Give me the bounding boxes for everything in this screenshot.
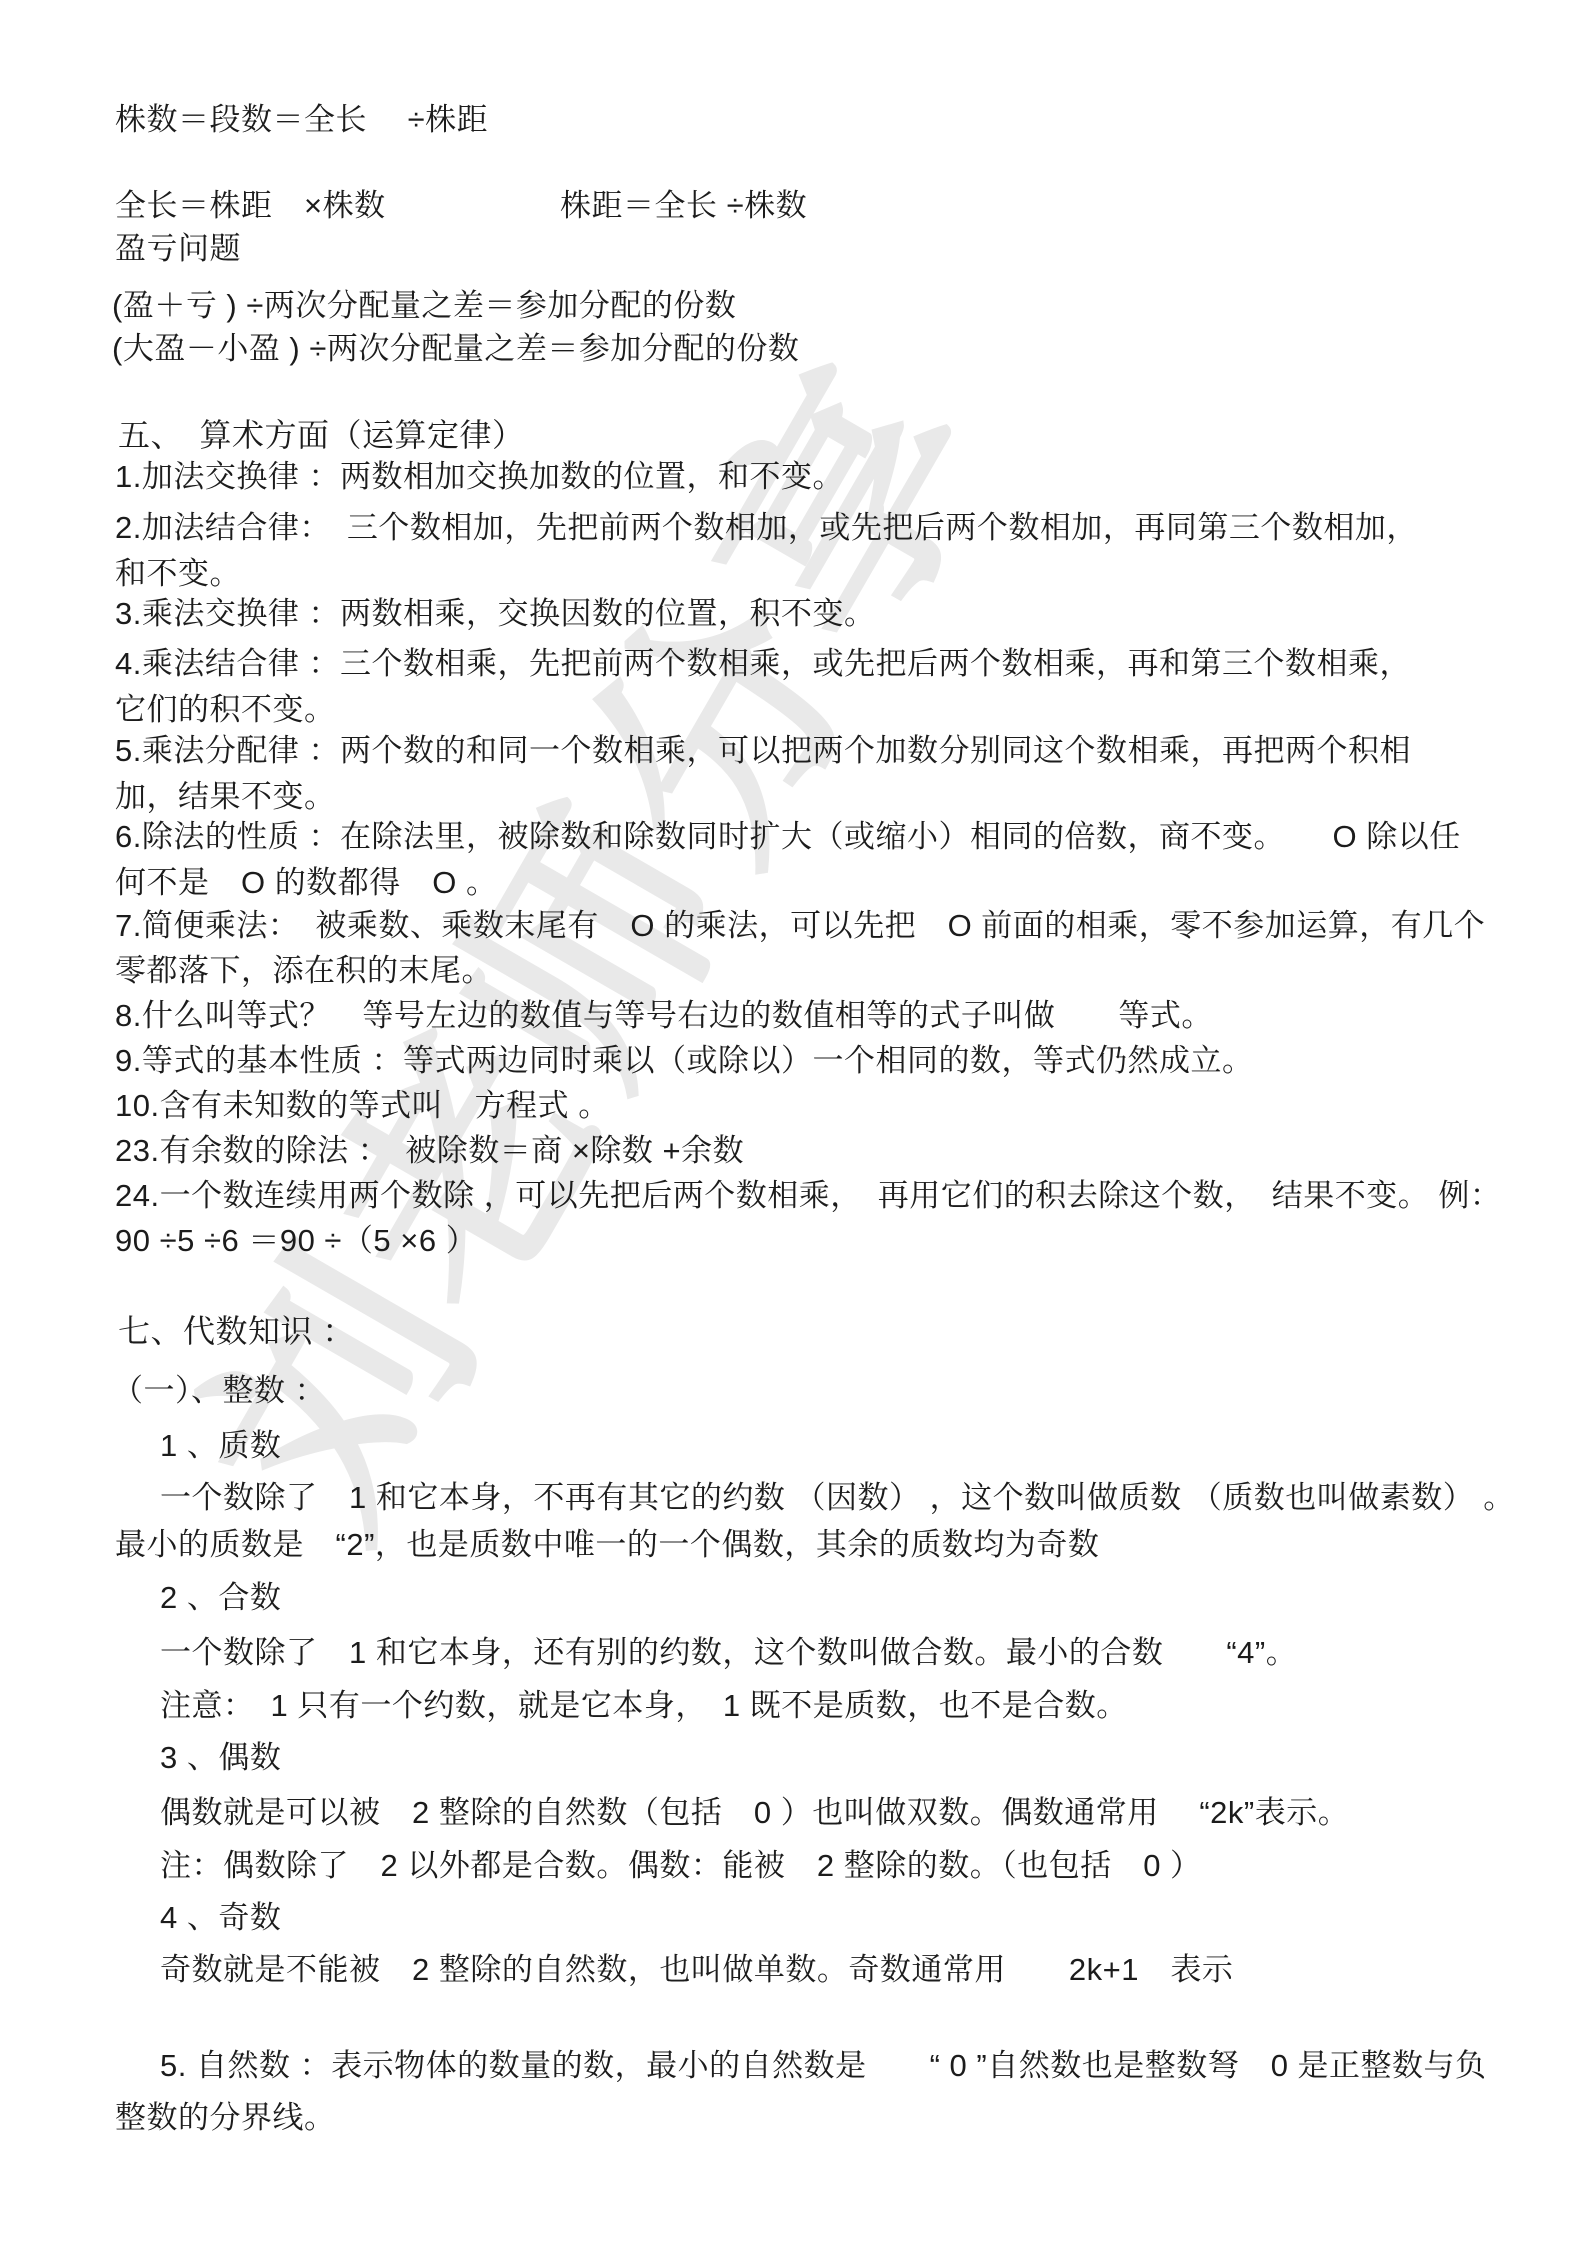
algebra-line: 一个数除了 1 和它本身，还有别的约数，这个数叫做合数。最小的合数 “4”。 xyxy=(160,1633,1297,1673)
algebra-line: 一个数除了 1 和它本身，不再有其它的约数 （因数） ，这个数叫做质数 （质数也… xyxy=(160,1478,1515,1518)
algebra-line: 偶数就是可以被 2 整除的自然数（包括 0 ）也叫做双数。偶数通常用 “2k”表… xyxy=(160,1793,1349,1833)
rule-line: 9.等式的基本性质 ：等式两边同时乘以（或除以）一个相同的数，等式仍然成立。 xyxy=(115,1041,1253,1081)
formula-line: 株距＝全长 ÷株数 xyxy=(560,186,807,226)
section-heading-algebra: 七、代数知识 ： xyxy=(118,1311,355,1351)
algebra-line: 3 、偶数 xyxy=(160,1738,281,1778)
algebra-line: 注意： 1 只有一个约数，就是它本身， 1 既不是质数，也不是合数。 xyxy=(160,1686,1128,1726)
algebra-line: 最小的质数是 “2”，也是质数中唯一的一个偶数，其余的质数均为奇数 xyxy=(115,1525,1099,1565)
formula-line: 盈亏问题 xyxy=(115,229,241,269)
rule-line: 90 ÷5 ÷6 ＝90 ÷（5 ×6 ） xyxy=(115,1221,477,1261)
formula-line: (盈＋亏 ) ÷两次分配量之差＝参加分配的份数 xyxy=(112,286,736,326)
rule-line: 4.乘法结合律 ：三个数相乘，先把前两个数相乘，或先把后两个数相乘，再和第三个数… xyxy=(115,644,1411,684)
rule-line: 1.加法交换律 ：两数相加交换加数的位置，和不变。 xyxy=(115,457,844,497)
rule-line: 3.乘法交换律 ：两数相乘，交换因数的位置，积不变。 xyxy=(115,594,875,634)
document-page: 刘老师分享 株数＝段数＝全长 ÷株距 全长＝株距 ×株数 株距＝全长 ÷株数 盈… xyxy=(0,0,1593,2255)
rule-line: 23.有余数的除法 ： 被除数＝商 ×除数 +余数 xyxy=(115,1131,744,1171)
algebra-line: 2 、合数 xyxy=(160,1578,281,1618)
rule-line: 它们的积不变。 xyxy=(115,690,336,730)
algebra-line: 注：偶数除了 2 以外都是合数。偶数：能被 2 整除的数。（也包括 0 ） xyxy=(160,1846,1202,1886)
rule-line: 2.加法结合律： 三个数相加，先把前两个数相加，或先把后两个数相加，再同第三个数… xyxy=(115,508,1418,548)
rule-line: 和不变。 xyxy=(115,554,241,594)
algebra-line: （一）、整数 ： xyxy=(112,1371,326,1411)
formula-line: (大盈－小盈 ) ÷两次分配量之差＝参加分配的份数 xyxy=(112,329,799,369)
formula-line: 株数＝段数＝全长 ÷株距 xyxy=(115,100,488,140)
rule-line: 7.简便乘法： 被乘数、乘数末尾有 O 的乘法，可以先把 O 前面的相乘，零不参… xyxy=(115,906,1485,946)
rule-line: 何不是 O 的数都得 O 。 xyxy=(115,863,497,903)
rule-line: 6.除法的性质 ：在除法里，被除数和除数同时扩大（或缩小）相同的倍数，商不变。 … xyxy=(115,817,1461,857)
rule-line: 8.什么叫等式？ 等号左边的数值与等号右边的数值相等的式子叫做 等式。 xyxy=(115,996,1213,1036)
algebra-line: 奇数就是不能被 2 整除的自然数，也叫做单数。奇数通常用 2k+1 表示 xyxy=(160,1950,1233,1990)
algebra-line: 4 、奇数 xyxy=(160,1898,281,1938)
algebra-line: 整数的分界线。 xyxy=(115,2098,336,2138)
rule-line: 24.一个数连续用两个数除 ，可以先把后两个数相乘， 再用它们的积去除这个数， … xyxy=(115,1176,1501,1216)
algebra-line: 5. 自然数 ：表示物体的数量的数，最小的自然数是 “ 0 ”自然数也是整数弩 … xyxy=(160,2046,1487,2086)
rule-line: 5.乘法分配律 ：两个数的和同一个数相乘，可以把两个加数分别同这个数相乘，再把两… xyxy=(115,731,1411,771)
rule-line: 零都落下，添在积的末尾。 xyxy=(115,951,493,991)
formula-line: 全长＝株距 ×株数 xyxy=(115,186,386,226)
algebra-line: 1 、质数 xyxy=(160,1426,281,1466)
rule-line: 10.含有未知数的等式叫 方程式 。 xyxy=(115,1086,610,1126)
rule-line: 加，结果不变。 xyxy=(115,777,336,817)
section-heading-arithmetic: 五、 算术方面（运算定律） xyxy=(118,415,525,455)
